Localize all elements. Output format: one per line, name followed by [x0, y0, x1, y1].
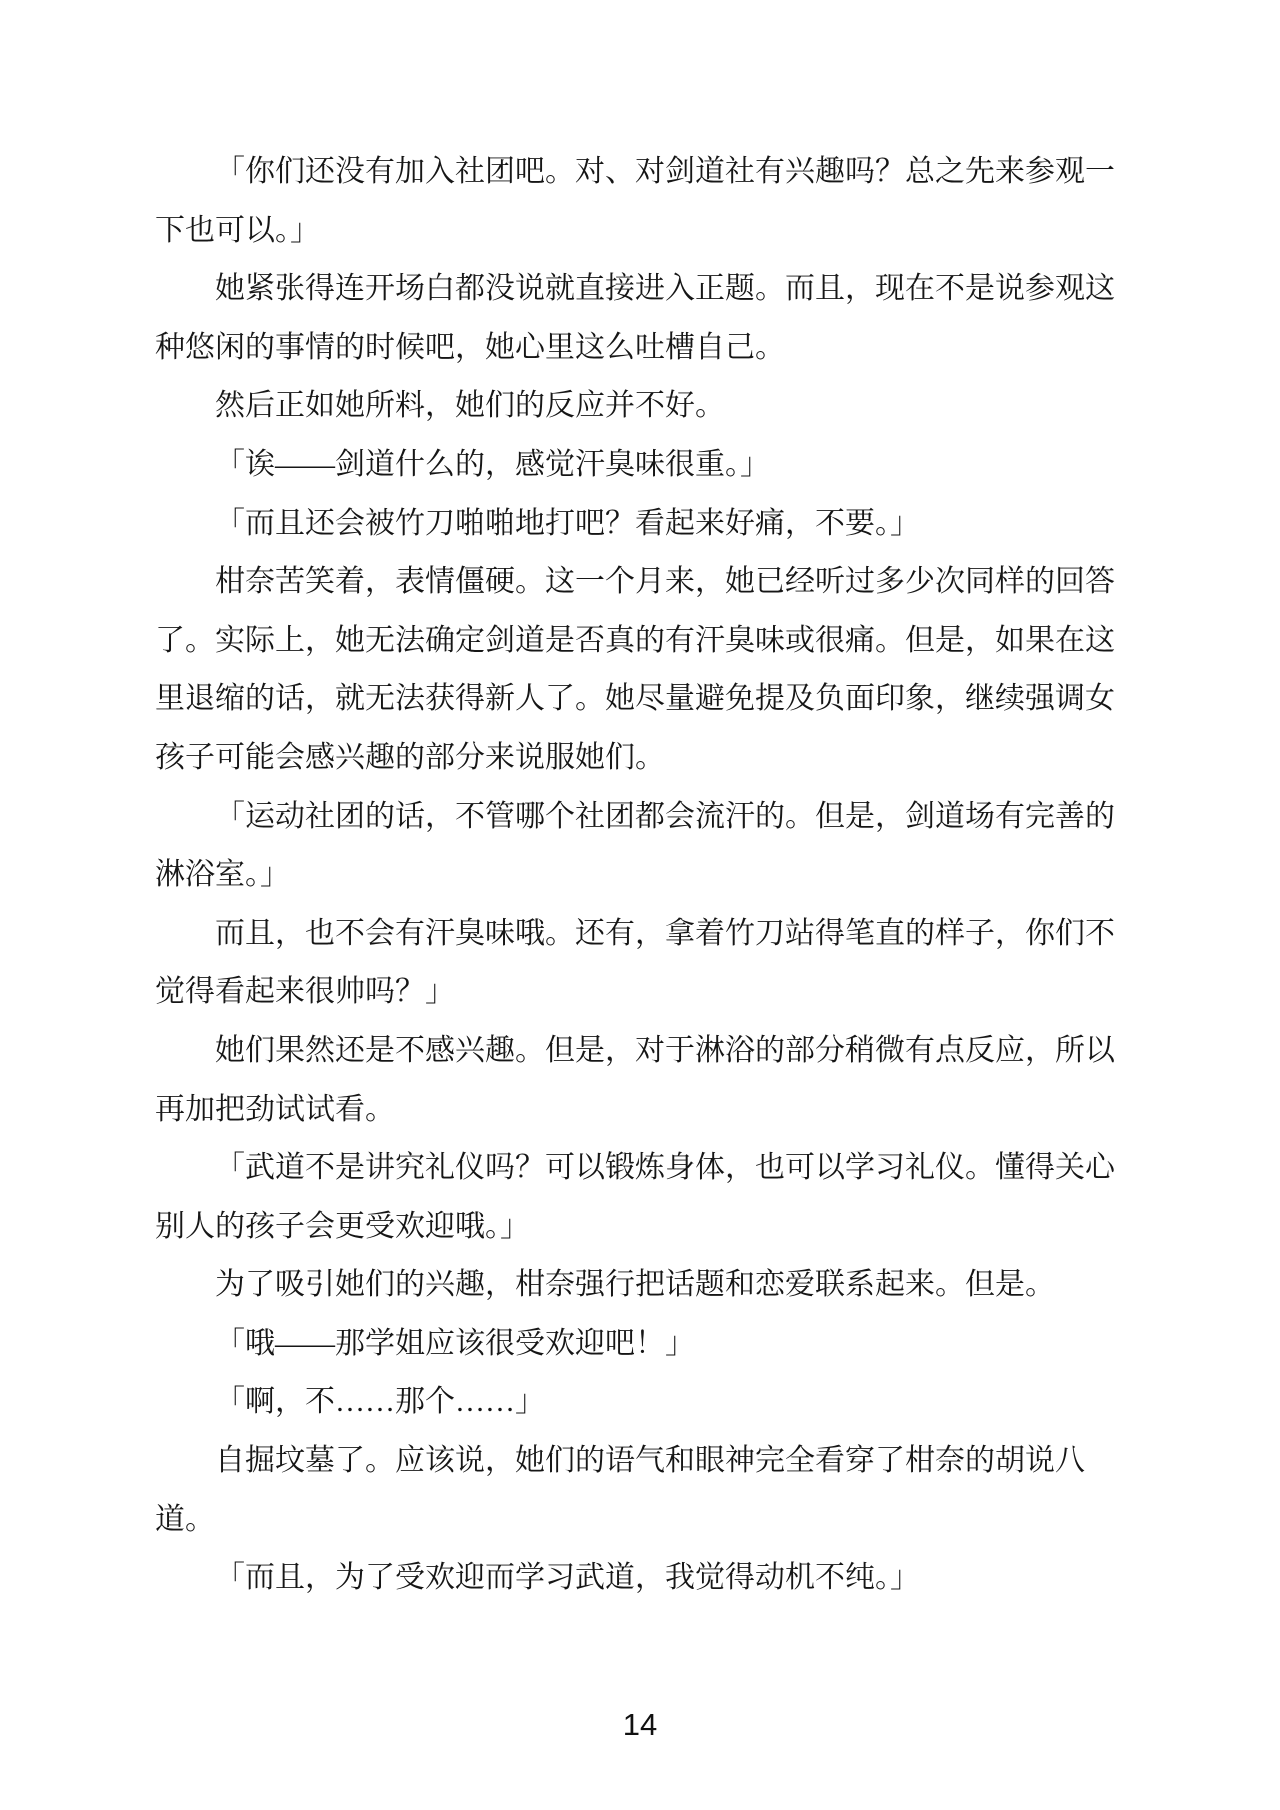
- text-line: 她紧张得连开场白都没说就直接进入正题。而且，现在不是说参观这: [155, 260, 1130, 319]
- text-line: 下也可以。」: [155, 202, 1130, 261]
- text-line: 里退缩的话，就无法获得新人了。她尽量避免提及负面印象，继续强调女: [155, 670, 1130, 729]
- text-line: 再加把劲试试看。: [155, 1081, 1130, 1140]
- text-line: 种悠闲的事情的时候吧，她心里这么吐槽自己。: [155, 319, 1130, 378]
- text-block: 「你们还没有加入社团吧。对、对剑道社有兴趣吗？总之先来参观一下也可以。」她紧张得…: [155, 143, 1130, 1608]
- text-line: 孩子可能会感兴趣的部分来说服她们。: [155, 729, 1130, 788]
- text-line: 自掘坟墓了。应该说，她们的语气和眼神完全看穿了柑奈的胡说八: [155, 1432, 1130, 1491]
- document-page: 「你们还没有加入社团吧。对、对剑道社有兴趣吗？总之先来参观一下也可以。」她紧张得…: [0, 0, 1280, 1810]
- page-number: 14: [0, 1705, 1280, 1745]
- text-line: 柑奈苦笑着，表情僵硬。这一个月来，她已经听过多少次同样的回答: [155, 553, 1130, 612]
- text-line: 「哦——那学姐应该很受欢迎吧！」: [155, 1315, 1130, 1374]
- text-line: 而且，也不会有汗臭味哦。还有，拿着竹刀站得笔直的样子，你们不: [155, 905, 1130, 964]
- text-line: 了。实际上，她无法确定剑道是否真的有汗臭味或很痛。但是，如果在这: [155, 612, 1130, 671]
- text-line: 「运动社团的话，不管哪个社团都会流汗的。但是，剑道场有完善的: [155, 788, 1130, 847]
- text-line: 「诶——剑道什么的，感觉汗臭味很重。」: [155, 436, 1130, 495]
- text-line: 觉得看起来很帅吗？」: [155, 963, 1130, 1022]
- text-line: 道。: [155, 1491, 1130, 1550]
- text-line: 「而且还会被竹刀啪啪地打吧？看起来好痛，不要。」: [155, 495, 1130, 554]
- text-line: 淋浴室。」: [155, 846, 1130, 905]
- text-line: 然后正如她所料，她们的反应并不好。: [155, 377, 1130, 436]
- text-line: 「你们还没有加入社团吧。对、对剑道社有兴趣吗？总之先来参观一: [155, 143, 1130, 202]
- text-line: 为了吸引她们的兴趣，柑奈强行把话题和恋爱联系起来。但是。: [155, 1256, 1130, 1315]
- text-line: 别人的孩子会更受欢迎哦。」: [155, 1198, 1130, 1257]
- text-line: 她们果然还是不感兴趣。但是，对于淋浴的部分稍微有点反应，所以: [155, 1022, 1130, 1081]
- text-line: 「而且，为了受欢迎而学习武道，我觉得动机不纯。」: [155, 1549, 1130, 1608]
- text-line: 「啊，不……那个……」: [155, 1373, 1130, 1432]
- text-line: 「武道不是讲究礼仪吗？可以锻炼身体，也可以学习礼仪。懂得关心: [155, 1139, 1130, 1198]
